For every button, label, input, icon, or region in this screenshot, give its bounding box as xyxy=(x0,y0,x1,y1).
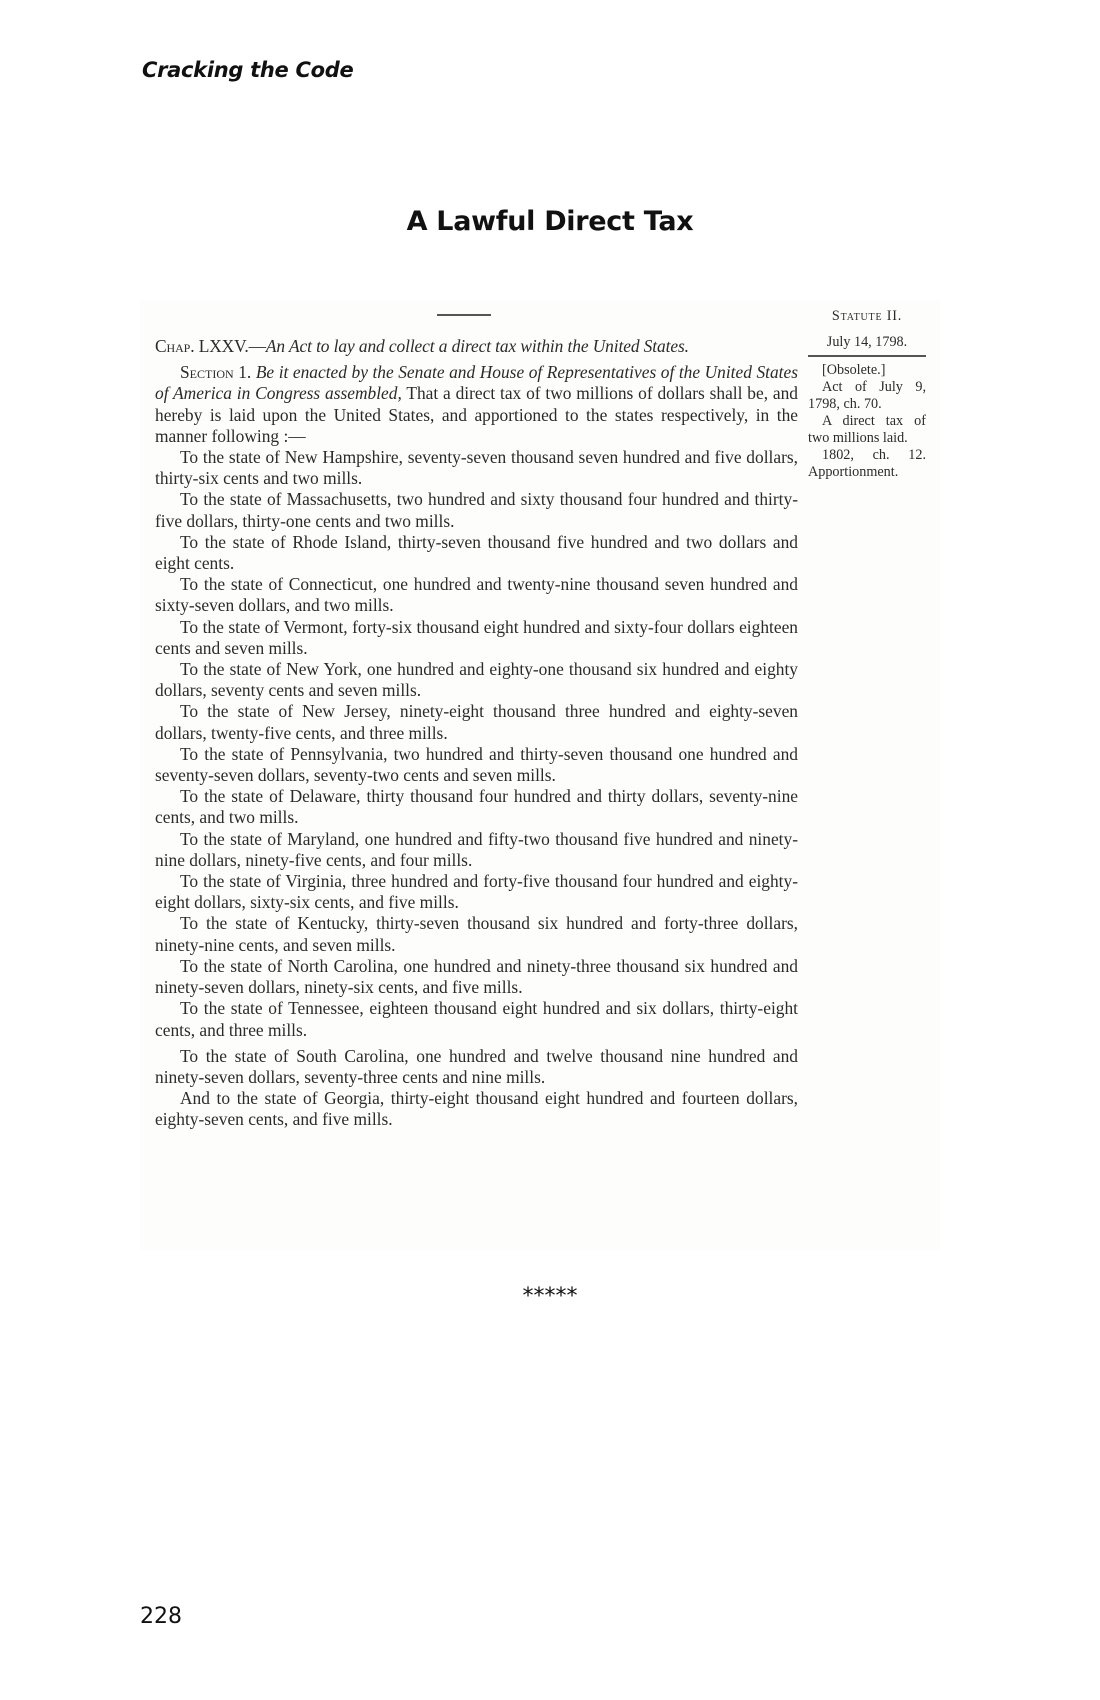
margin-note-direct-tax: A direct tax of two millions laid. xyxy=(808,413,926,447)
section-label: Section xyxy=(180,362,234,382)
margin-date: July 14, 1798. xyxy=(808,334,926,357)
running-header: Cracking the Code xyxy=(142,58,353,82)
page-title: A Lawful Direct Tax xyxy=(0,206,1100,237)
margin-note-apportionment: 1802, ch. 12. Apportionment. xyxy=(808,447,926,481)
chapter-title: An Act to lay and collect a direct tax w… xyxy=(266,336,689,356)
apportionment-new-hampshire: To the state of New Hampshire, seventy-s… xyxy=(155,447,798,489)
apportionment-connecticut: To the state of Connecticut, one hundred… xyxy=(155,574,798,616)
apportionment-new-york: To the state of New York, one hundred an… xyxy=(155,659,798,701)
apportionment-kentucky: To the state of Kentucky, thirty-seven t… xyxy=(155,913,798,955)
page-number: 228 xyxy=(140,1604,182,1629)
apportionment-delaware: To the state of Delaware, thirty thousan… xyxy=(155,786,798,828)
decorative-rule xyxy=(437,314,491,316)
apportionment-north-carolina: To the state of North Carolina, one hund… xyxy=(155,956,798,998)
margin-notes: Statute II. July 14, 1798. [Obsolete.] A… xyxy=(808,308,926,481)
apportionment-pennsylvania: To the state of Pennsylvania, two hundre… xyxy=(155,744,798,786)
apportionment-new-jersey: To the state of New Jersey, ninety-eight… xyxy=(155,701,798,743)
statute-body: Chap. LXXV.—An Act to lay and collect a … xyxy=(155,336,798,1131)
apportionment-massachusetts: To the state of Massachusetts, two hundr… xyxy=(155,489,798,531)
section-separator: ***** xyxy=(0,1284,1100,1309)
apportionment-rhode-island: To the state of Rhode Island, thirty-sev… xyxy=(155,532,798,574)
margin-note-obsolete: [Obsolete.] xyxy=(808,362,926,379)
apportionment-south-carolina: To the state of South Carolina, one hund… xyxy=(155,1046,798,1088)
apportionment-tennessee: To the state of Tennessee, eighteen thou… xyxy=(155,998,798,1040)
apportionment-virginia: To the state of Virginia, three hundred … xyxy=(155,871,798,913)
apportionment-maryland: To the state of Maryland, one hundred an… xyxy=(155,829,798,871)
chapter-number: LXXV. xyxy=(199,336,249,356)
chapter-heading: Chap. LXXV.—An Act to lay and collect a … xyxy=(155,336,798,357)
chapter-label: Chap. xyxy=(155,336,194,356)
apportionment-georgia: And to the state of Georgia, thirty-eigh… xyxy=(155,1088,798,1130)
apportionment-vermont: To the state of Vermont, forty-six thous… xyxy=(155,617,798,659)
chapter-dash: — xyxy=(249,336,266,356)
margin-note-act-reference: Act of July 9, 1798, ch. 70. xyxy=(808,379,926,413)
section-1: Section 1. Be it enacted by the Senate a… xyxy=(155,362,798,447)
margin-statute: Statute II. xyxy=(808,308,926,325)
section-number: 1. xyxy=(238,362,251,382)
